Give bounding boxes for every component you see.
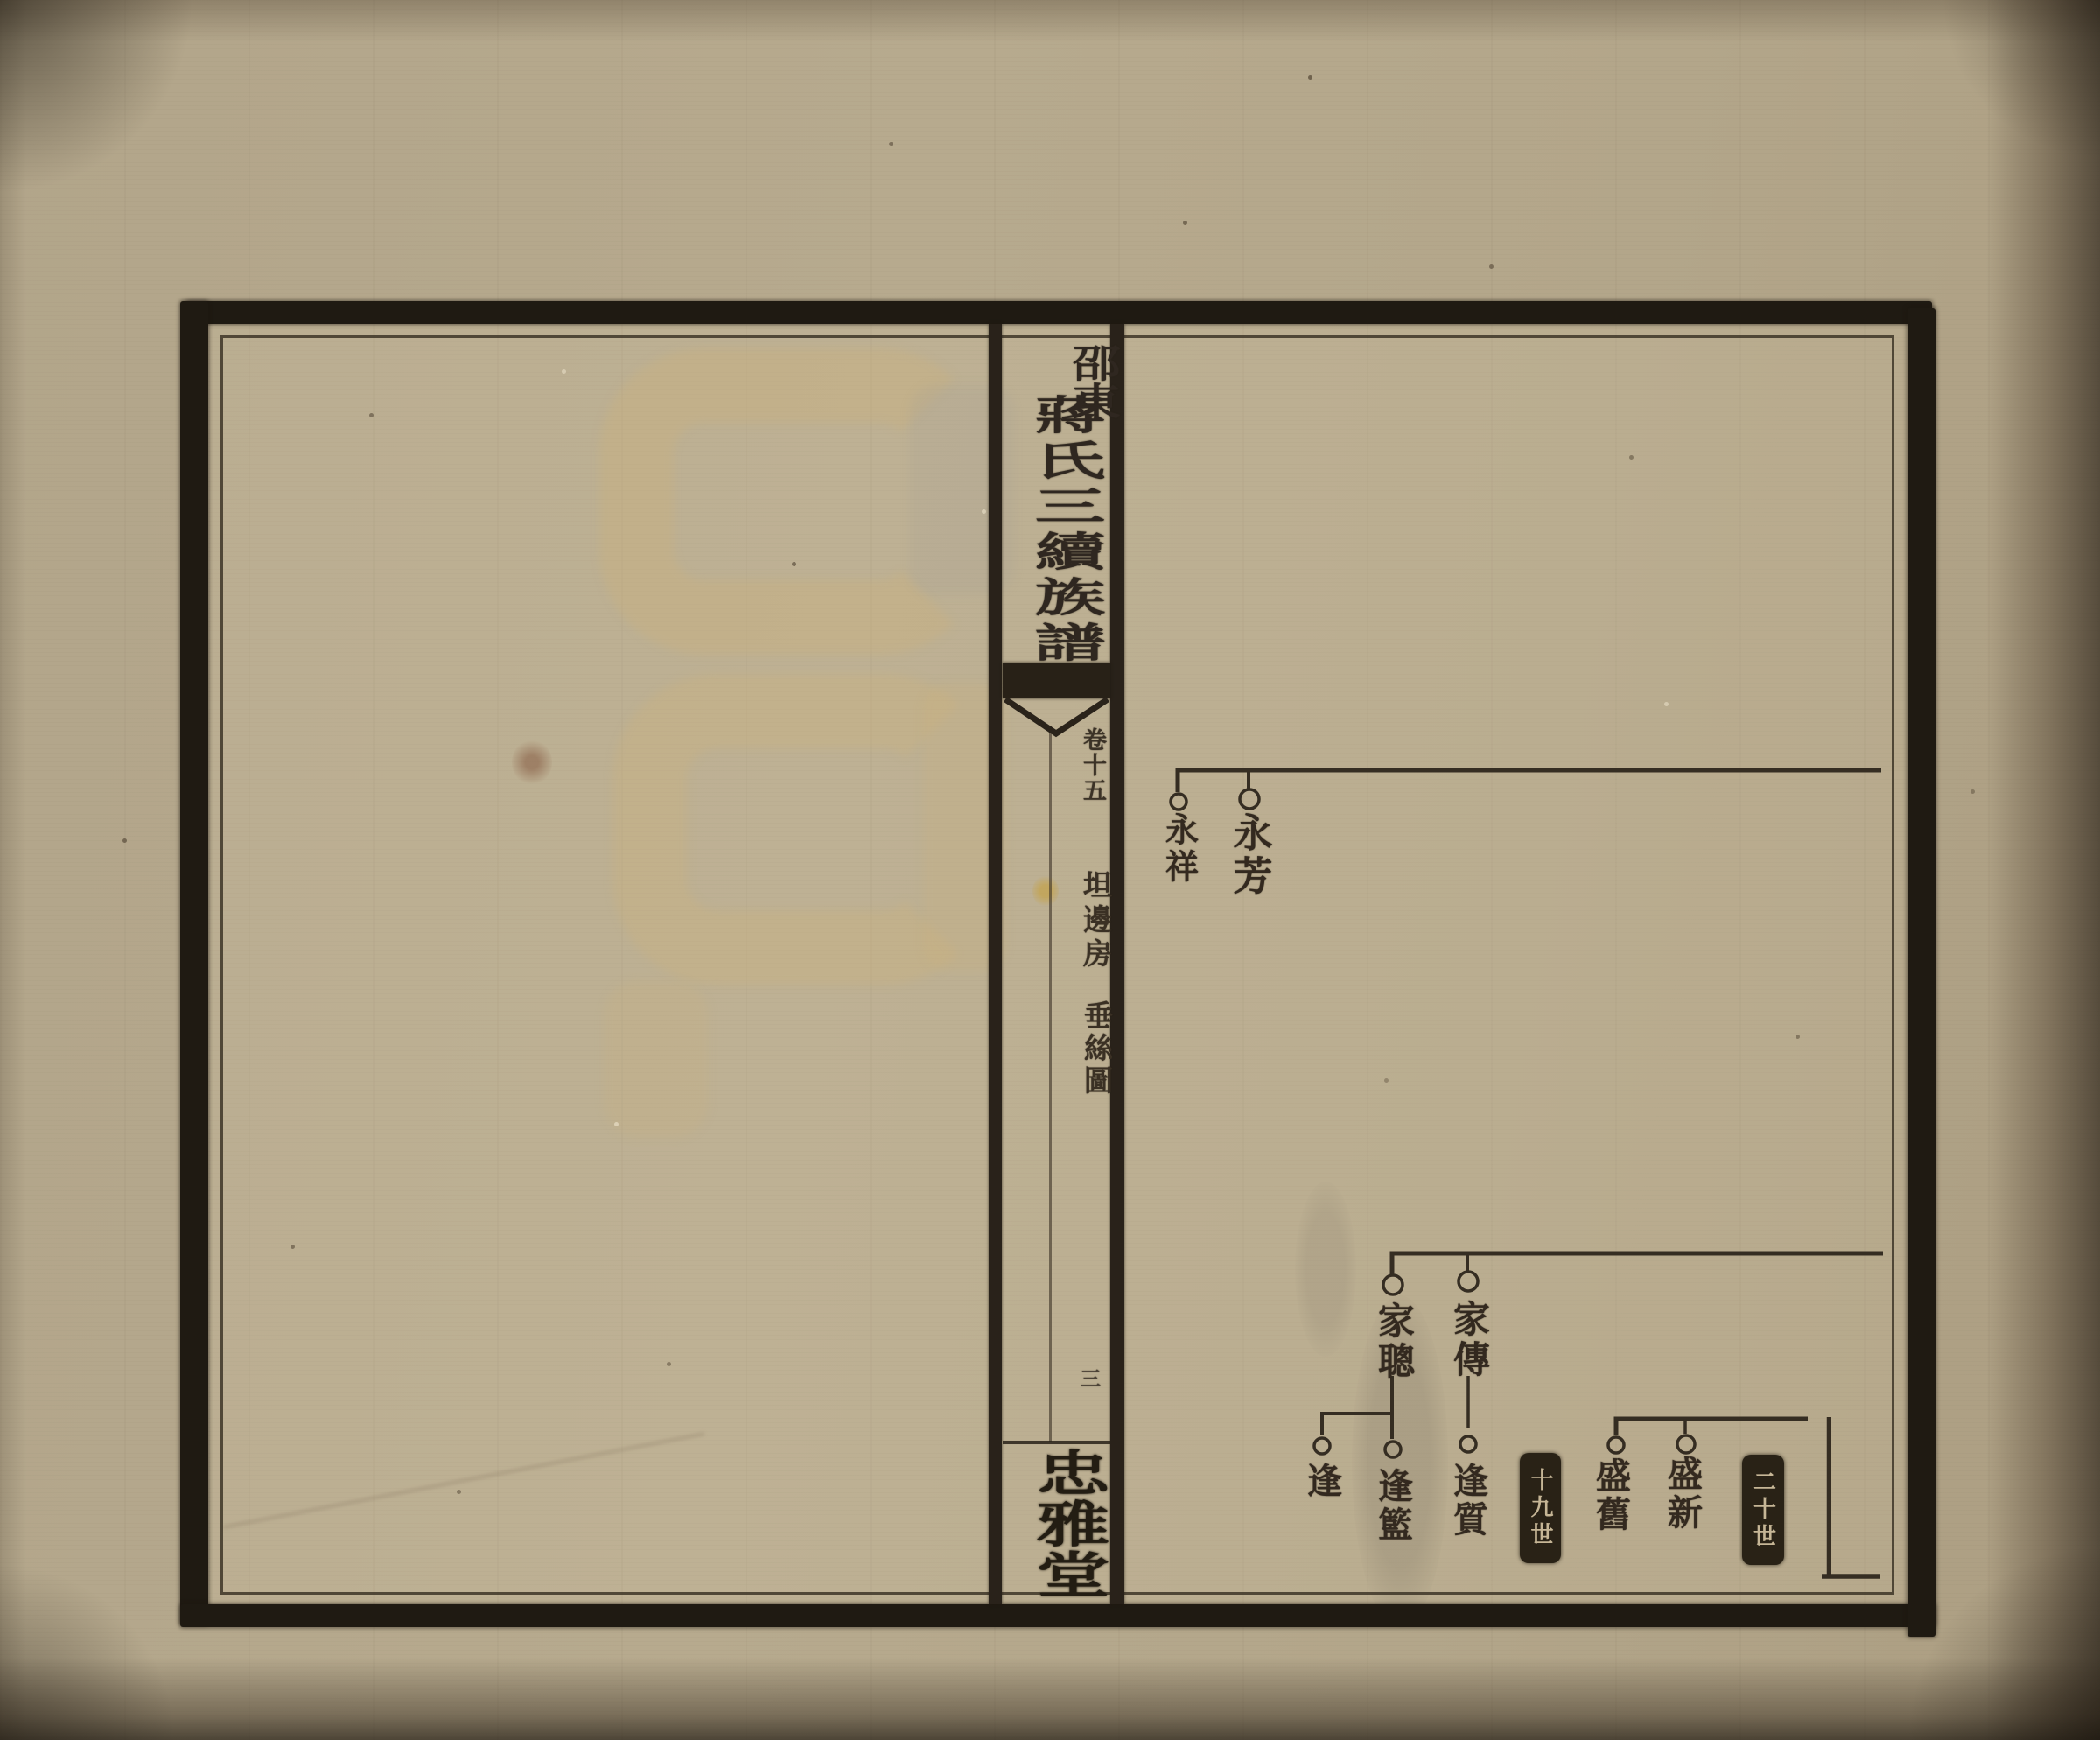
tree-node-name: 家聰 (1367, 1301, 1419, 1382)
lineage-ring (1385, 1442, 1401, 1457)
lineage-ring (1383, 1275, 1403, 1294)
tree-node-name: 逢籃 (1368, 1468, 1418, 1545)
tree-node-name: 盛新 (1658, 1456, 1708, 1533)
tree-node-name: 逢質 (1444, 1463, 1494, 1540)
tree-node-name: 家傳 (1442, 1300, 1494, 1380)
tree-line (1616, 1419, 1808, 1435)
generation-label-20-text: 二十世 (1747, 1470, 1780, 1551)
generation-label-20: 二十世 (1742, 1455, 1784, 1565)
photo-background: 邵東 蔣氏三續族譜 卷十五 坦邊房 垂絲圖 三 忠雅堂 (0, 0, 2100, 1740)
tree-node-name: 盛舊 (1586, 1457, 1636, 1534)
lineage-ring (1608, 1437, 1624, 1453)
tree-line (1322, 1414, 1392, 1435)
generation-label-19-text: 十九世 (1524, 1468, 1557, 1549)
tree-node-name: 永芳 (1221, 812, 1278, 898)
tree-line (1178, 770, 1881, 792)
generation-label-19: 十九世 (1520, 1453, 1561, 1563)
lineage-ring (1677, 1435, 1695, 1453)
tree-diagram (0, 0, 2100, 1740)
tree-node-name: 永祥 (1155, 812, 1203, 886)
lineage-ring (1459, 1272, 1478, 1291)
lineage-ring (1171, 794, 1186, 810)
lineage-ring (1314, 1438, 1330, 1454)
lineage-ring (1240, 789, 1259, 809)
lineage-ring (1460, 1436, 1476, 1452)
tree-node-name: 逢 (1298, 1463, 1347, 1501)
